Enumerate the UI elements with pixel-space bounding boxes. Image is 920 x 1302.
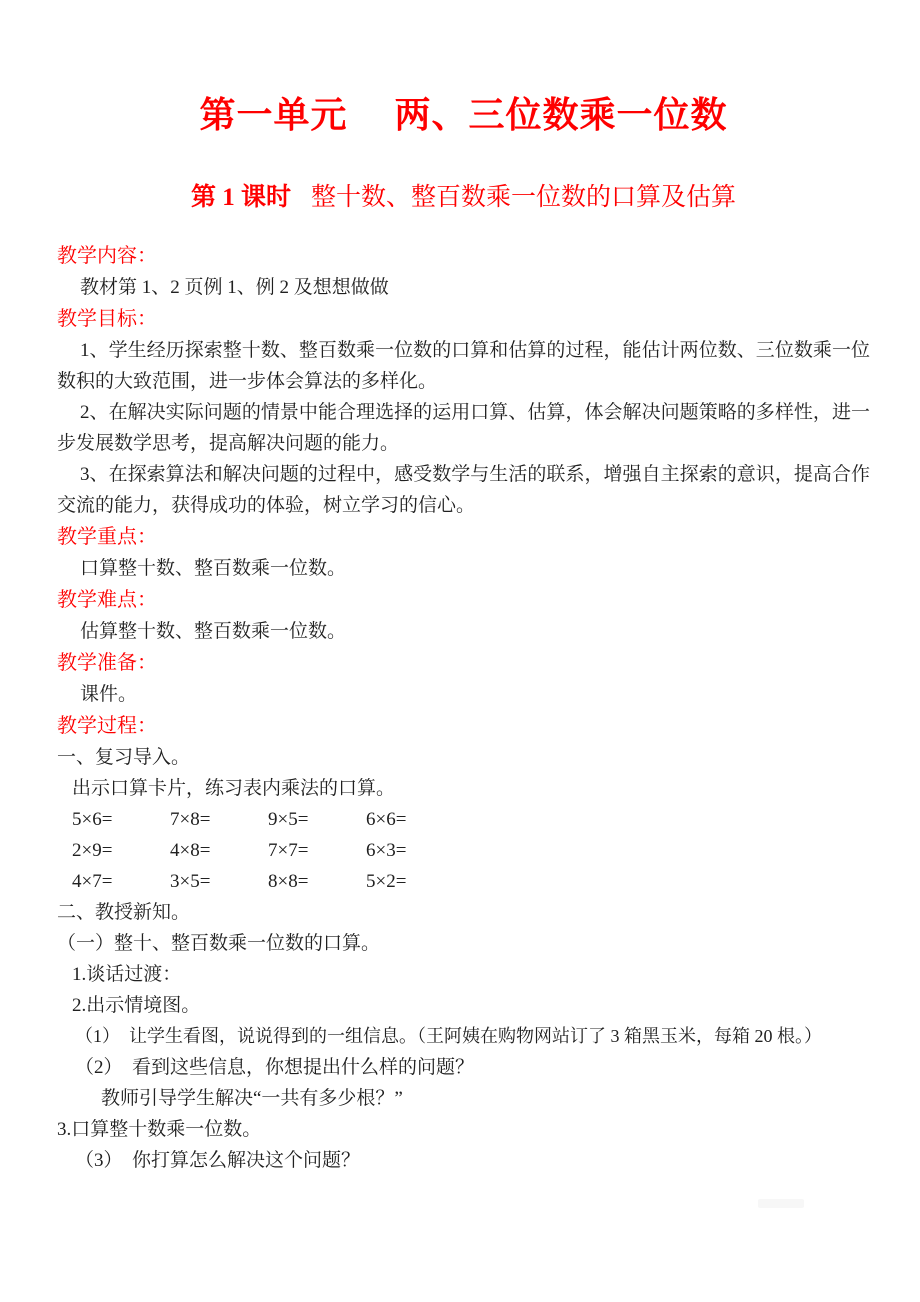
- section-heading-objectives: 教学目标：: [57, 303, 870, 335]
- process-part1-title: 一、复习导入。: [57, 742, 870, 773]
- process-part2-title: 二、教授新知。: [57, 897, 870, 928]
- drill-equation: 6×3=: [366, 835, 464, 866]
- objective-item-3: 3、在探索算法和解决问题的过程中，感受数学与生活的联系，增强自主探索的意识，提高…: [57, 459, 870, 521]
- drill-equation: 8×8=: [268, 866, 366, 897]
- teaching-content-body: 教材第 1、2 页例 1、例 2 及想想做做: [57, 272, 870, 303]
- unit-title: 第一单元 两、三位数乘一位数: [57, 92, 870, 138]
- drill-row: 4×7= 3×5= 8×8= 5×2=: [72, 866, 870, 897]
- step2-question-2: （2） 看到这些信息，你想提出什么样的问题？: [57, 1052, 870, 1083]
- drill-equation: 7×8=: [170, 804, 268, 835]
- drill-equation: 5×6=: [72, 804, 170, 835]
- drill-equation: 7×7=: [268, 835, 366, 866]
- drill-equation: 4×8=: [170, 835, 268, 866]
- scan-artifact: [758, 1199, 804, 1208]
- lesson-title: 第 1 课时整十数、整百数乘一位数的口算及估算: [57, 178, 870, 218]
- part2-step1: 1.谈话过渡：: [57, 959, 870, 990]
- section-heading-preparation: 教学准备：: [57, 647, 870, 679]
- section-heading-key-points: 教学重点：: [57, 521, 870, 553]
- drill-equation: 4×7=: [72, 866, 170, 897]
- lesson-number-label: 第 1 课时: [191, 184, 291, 211]
- part2-step3: 3.口算整十数乘一位数。: [57, 1114, 870, 1145]
- key-points-body: 口算整十数、整百数乘一位数。: [57, 553, 870, 584]
- oral-drill-grid: 5×6= 7×8= 9×5= 6×6= 2×9= 4×8= 7×7= 6×3= …: [57, 804, 870, 897]
- section-heading-difficulties: 教学难点：: [57, 584, 870, 616]
- drill-row: 5×6= 7×8= 9×5= 6×6=: [72, 804, 870, 835]
- drill-equation: 2×9=: [72, 835, 170, 866]
- objective-item-1: 1、学生经历探索整十数、整百数乘一位数的口算和估算的过程，能估计两位数、三位数乘…: [57, 335, 870, 397]
- drill-equation: 9×5=: [268, 804, 366, 835]
- step2-teacher-note: 教师引导学生解决“一共有多少根？”: [57, 1083, 870, 1114]
- drill-equation: 5×2=: [366, 866, 464, 897]
- section-heading-process: 教学过程：: [57, 710, 870, 742]
- drill-equation: 3×5=: [170, 866, 268, 897]
- preparation-body: 课件。: [57, 679, 870, 710]
- difficulties-body: 估算整十数、整百数乘一位数。: [57, 616, 870, 647]
- drill-equation: 6×6=: [366, 804, 464, 835]
- part2-step2: 2.出示情境图。: [57, 990, 870, 1021]
- objective-item-2: 2、在解决实际问题的情景中能合理选择的运用口算、估算，体会解决问题策略的多样性，…: [57, 397, 870, 459]
- lesson-title-text: 整十数、整百数乘一位数的口算及估算: [311, 184, 736, 211]
- part2-section1-title: （一）整十、整百数乘一位数的口算。: [57, 928, 870, 959]
- lesson-plan-page: 第一单元 两、三位数乘一位数 第 1 课时整十数、整百数乘一位数的口算及估算 教…: [0, 0, 920, 1302]
- process-part1-intro: 出示口算卡片，练习表内乘法的口算。: [57, 773, 870, 804]
- step3-question-3: （3） 你打算怎么解决这个问题？: [57, 1145, 870, 1176]
- drill-row: 2×9= 4×8= 7×7= 6×3=: [72, 835, 870, 866]
- step2-question-1: （1） 让学生看图，说说得到的一组信息。（王阿姨在购物网站订了 3 箱黑玉米，每…: [57, 1021, 870, 1052]
- section-heading-teaching-content: 教学内容：: [57, 240, 870, 272]
